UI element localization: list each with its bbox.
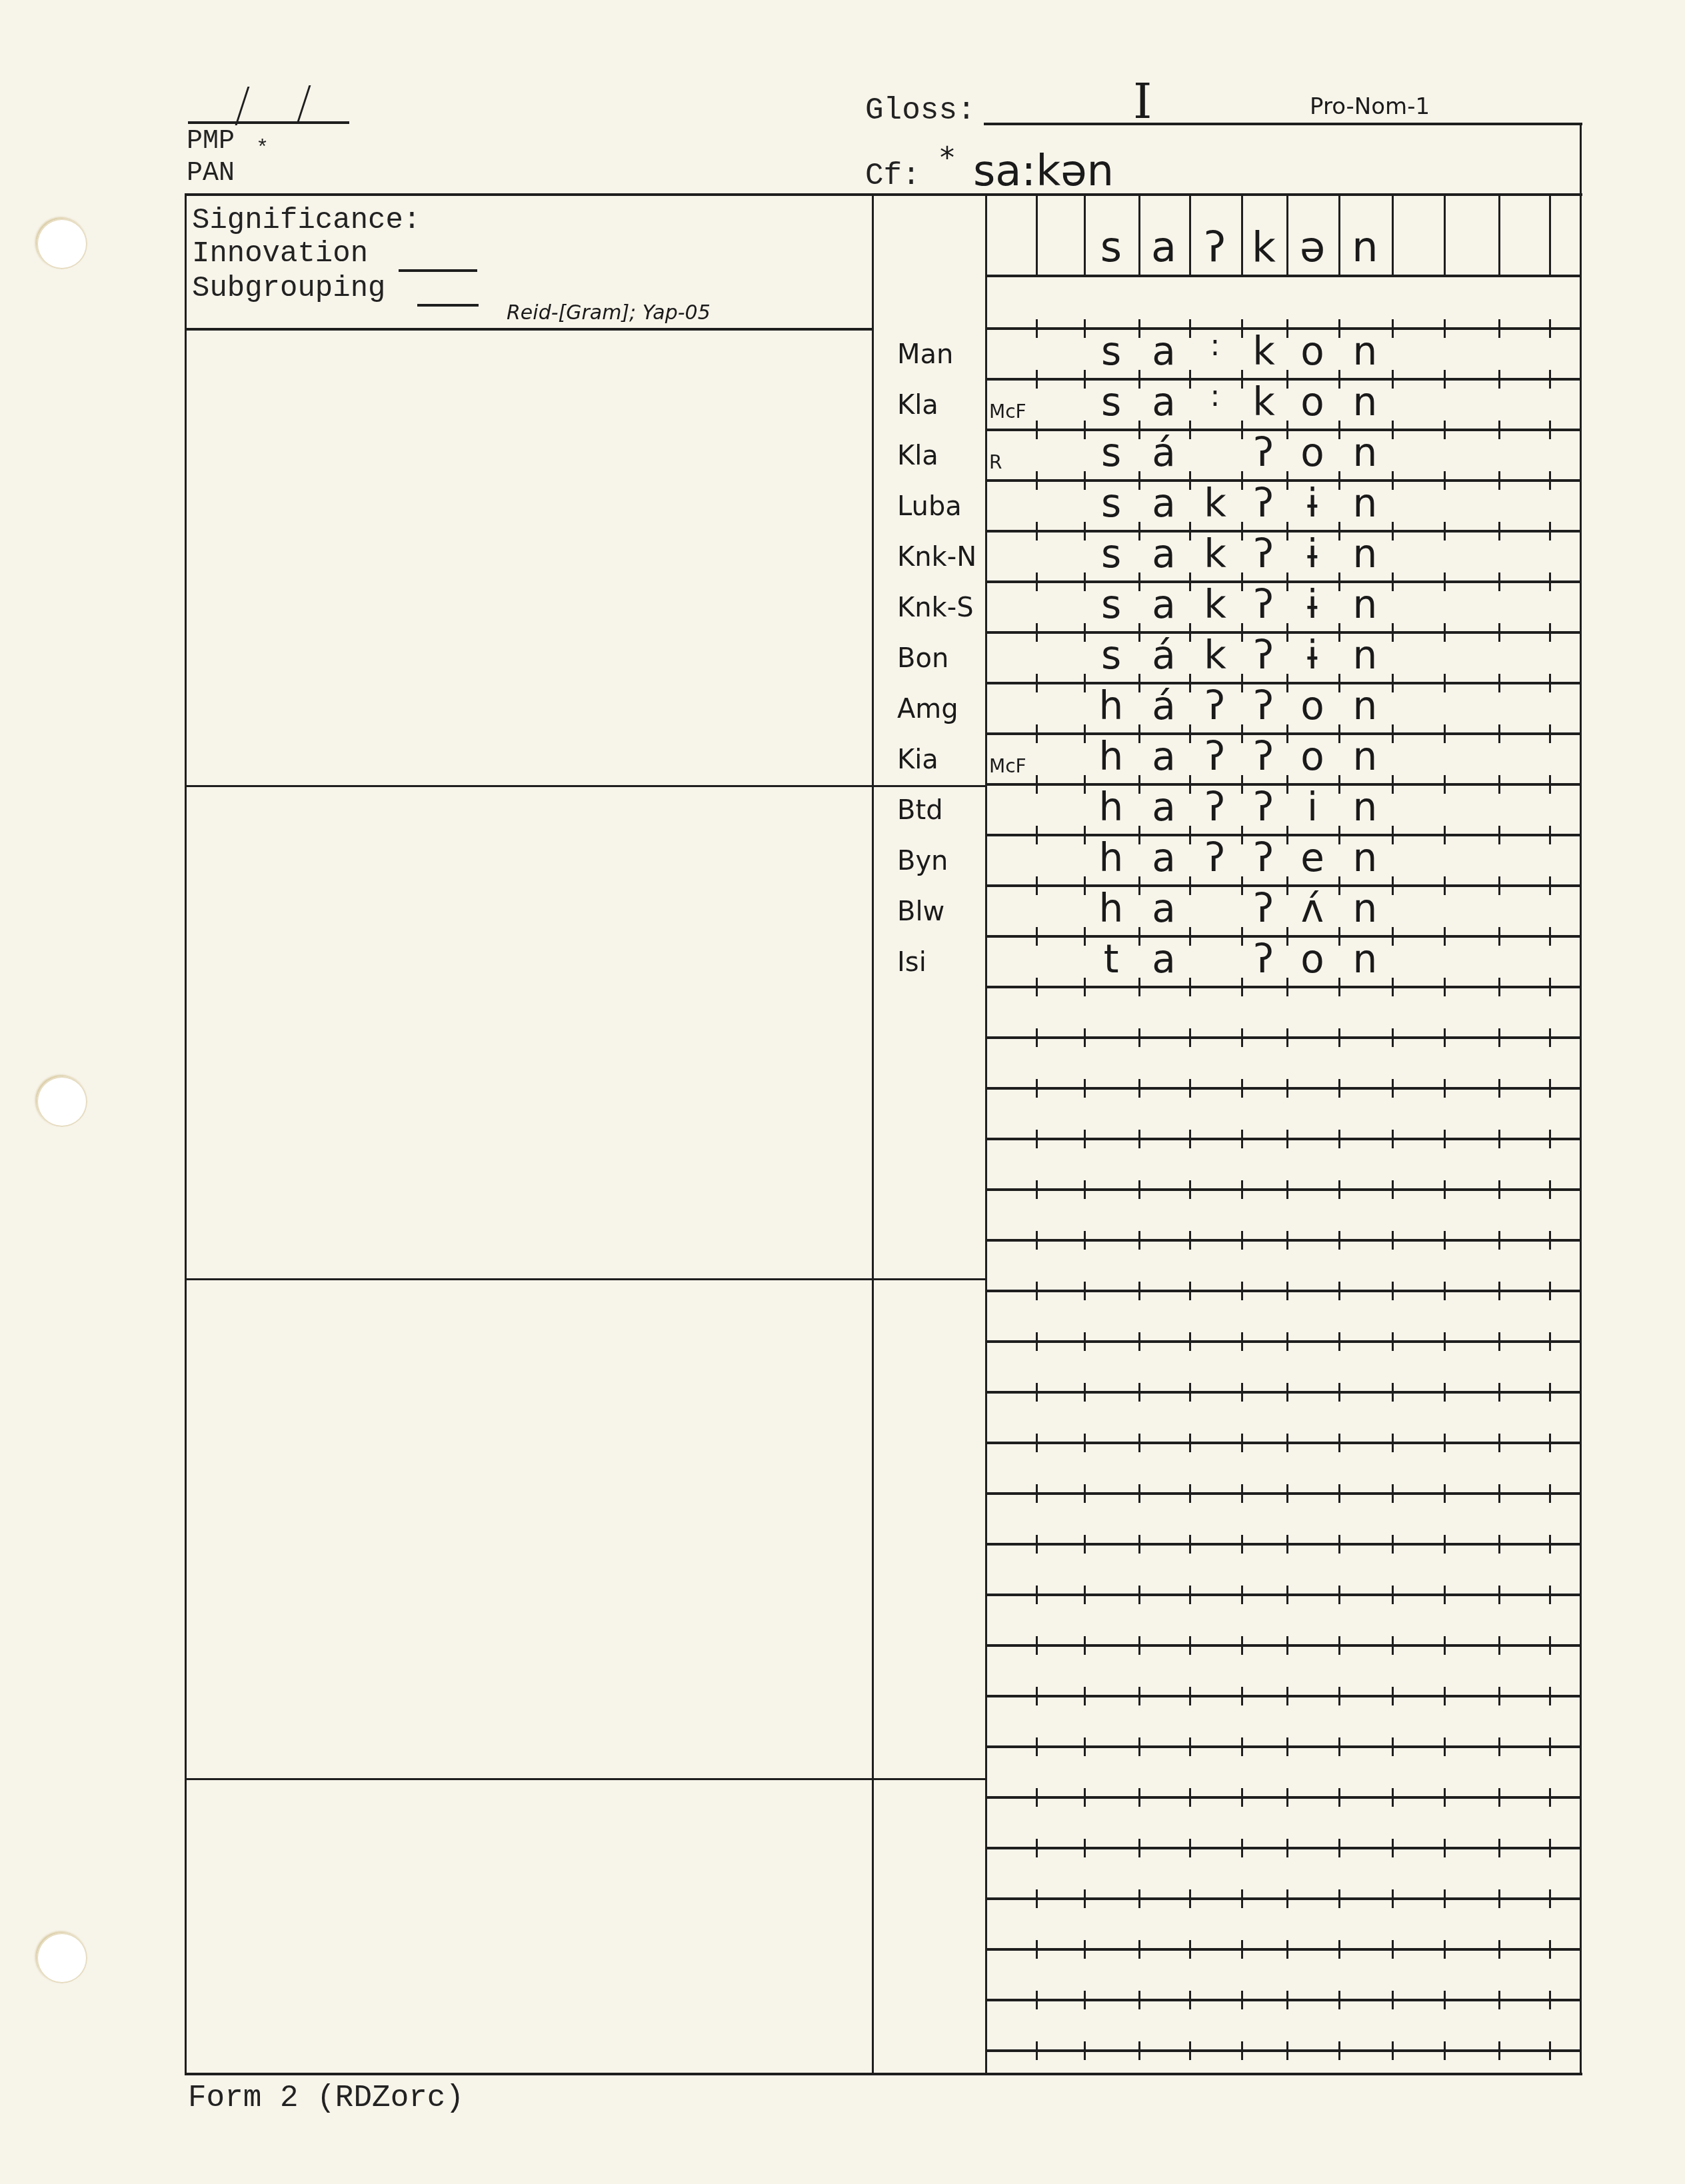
notes-divider-1	[185, 785, 986, 787]
grid-tick	[1189, 2041, 1191, 2060]
pmp-star: *	[256, 136, 269, 161]
grid-tick	[1189, 1586, 1191, 1604]
cognate-row[interactable]: Lubasakʔɨn	[873, 479, 1582, 530]
cognate-row[interactable]: KiaMcFhaʔʔon	[873, 732, 1582, 783]
notes-area-2[interactable]	[188, 788, 870, 1278]
grid-tick	[1286, 1991, 1288, 2009]
grid-tick	[1444, 1383, 1446, 1402]
segment: k	[1189, 582, 1241, 627]
language-label: Blw	[897, 896, 990, 927]
form-label: Form 2 (RDZorc)	[188, 2081, 464, 2115]
segment: á	[1138, 683, 1189, 728]
grid-row-rule	[985, 1594, 1582, 1596]
grid-tick	[1338, 1788, 1340, 1807]
grid-tick	[1036, 1737, 1038, 1756]
grid-tick	[1498, 1130, 1500, 1148]
recon-segment: ʔ	[1189, 223, 1241, 271]
grid-tick	[1138, 1282, 1140, 1300]
punch-hole-bottom	[37, 1933, 87, 1983]
grid-tick	[1189, 1079, 1191, 1098]
grid-tick	[1286, 1282, 1288, 1300]
grid-tick	[1444, 2041, 1446, 2060]
segment: ɨ	[1286, 632, 1338, 678]
grid-row-rule	[985, 1847, 1582, 1849]
segment: n	[1338, 835, 1392, 880]
grid-tick	[1498, 1484, 1500, 1503]
grid-tick	[1286, 1940, 1288, 1959]
grid-tick	[1084, 1028, 1086, 1047]
grid-tick	[1189, 1737, 1191, 1756]
grid-tick	[1036, 1028, 1038, 1047]
significance-title: Significance:	[192, 204, 421, 237]
grid-tick	[1138, 1839, 1140, 1857]
grid-tick	[1444, 1484, 1446, 1503]
grid-tick	[1549, 1839, 1551, 1857]
grid-tick	[1549, 1079, 1551, 1098]
grid-tick	[1036, 1991, 1038, 2009]
grid-tick	[1498, 1687, 1500, 1705]
grid-row-rule	[985, 1999, 1582, 2001]
grid-row-rule	[985, 1695, 1582, 1697]
segment: s	[1084, 531, 1138, 576]
grid-tick	[1241, 1991, 1243, 2009]
grid-tick	[1549, 1282, 1551, 1300]
grid-tick	[1241, 1383, 1243, 1402]
grid-tick	[1392, 1434, 1394, 1452]
notes-area-4[interactable]	[188, 1781, 870, 2072]
grid-tick	[1036, 1940, 1038, 1959]
date-slash-2	[297, 85, 311, 124]
significance-bottom-rule	[185, 328, 873, 331]
language-label: Kia	[897, 744, 990, 775]
reconstruction-grid: saʔkən	[985, 195, 1582, 278]
source-abbrev: R	[989, 451, 1002, 473]
grid-tick	[1338, 1231, 1340, 1250]
grid-tick	[1241, 1484, 1243, 1503]
segment: n	[1338, 329, 1392, 374]
grid-tick	[1138, 1332, 1140, 1351]
reference-note: Reid-[Gram]; Yap-05	[507, 301, 711, 325]
grid-tick	[1189, 1839, 1191, 1857]
segment: i	[1286, 784, 1338, 830]
segment: o	[1286, 379, 1338, 425]
grid-row-rule	[985, 1239, 1582, 1242]
grid-tick	[1189, 1130, 1191, 1148]
grid-tick	[1392, 1079, 1394, 1098]
segment: ʔ	[1241, 784, 1286, 830]
grid-tick	[1189, 1332, 1191, 1351]
grid-tick	[1549, 1737, 1551, 1756]
grid-tick	[1084, 1180, 1086, 1199]
grid-tick	[1286, 1484, 1288, 1503]
grid-tick	[1241, 1535, 1243, 1554]
segment: a	[1138, 936, 1189, 982]
language-label: Knk-N	[897, 542, 990, 572]
grid-tick	[1444, 1028, 1446, 1047]
frame-right-top	[1580, 123, 1582, 197]
segment: ɨ	[1286, 582, 1338, 627]
grid-tick	[1036, 1282, 1038, 1300]
grid-row-rule	[985, 1391, 1582, 1394]
segment: t	[1084, 936, 1138, 982]
grid-tick	[1338, 1737, 1340, 1756]
grid-tick	[1498, 2041, 1500, 2060]
grid-tick	[1084, 1535, 1086, 1554]
grid-tick	[1392, 1028, 1394, 1047]
grid-tick	[1338, 1130, 1340, 1148]
grid-tick	[1138, 1028, 1140, 1047]
grid-tick	[1498, 1788, 1500, 1807]
segment: k	[1241, 329, 1286, 374]
gloss-label: Gloss:	[865, 93, 976, 128]
segment: n	[1338, 936, 1392, 982]
segment: ʌ́	[1286, 886, 1338, 931]
cognate-row[interactable]: Isitaʔon	[873, 935, 1582, 986]
segment: ʔ	[1189, 734, 1241, 779]
grid-tick	[1444, 1636, 1446, 1655]
grid-tick	[1084, 1484, 1086, 1503]
grid-row-rule	[985, 1897, 1582, 1900]
grid-tick	[1549, 1940, 1551, 1959]
segment: ʔ	[1241, 632, 1286, 678]
grid-tick	[1036, 1484, 1038, 1503]
segment: s	[1084, 481, 1138, 526]
grid-tick	[1444, 1737, 1446, 1756]
grid-tick	[1498, 1991, 1500, 2009]
grid-tick	[1036, 1889, 1038, 1908]
grid-tick	[1392, 1383, 1394, 1402]
cognate-row[interactable]: Mansa:kon	[873, 327, 1582, 378]
cf-label: Cf:	[865, 159, 920, 193]
date-slash-1	[235, 87, 250, 125]
cognate-row[interactable]: Bynhaʔʔen	[873, 834, 1582, 884]
grid-tick	[1498, 1940, 1500, 1959]
grid-tick	[1138, 1383, 1140, 1402]
language-label: Byn	[897, 846, 990, 876]
grid-tick	[1338, 1434, 1340, 1452]
source-abbrev: McF	[989, 755, 1026, 777]
grid-tick	[1444, 1434, 1446, 1452]
grid-tick	[1138, 1180, 1140, 1199]
grid-tick	[1138, 1687, 1140, 1705]
grid-tick	[1392, 1180, 1394, 1199]
grid-tick	[1138, 1940, 1140, 1959]
grid-tick	[1084, 1687, 1086, 1705]
segment: n	[1338, 886, 1392, 931]
grid-tick	[1189, 1180, 1191, 1199]
recon-segment: n	[1338, 223, 1392, 271]
grid-tick	[1549, 1332, 1551, 1351]
segment: ʔ	[1189, 784, 1241, 830]
grid-tick	[1084, 1940, 1086, 1959]
grid-tick	[1084, 1788, 1086, 1807]
grid-row-rule	[985, 1290, 1582, 1292]
grid-tick	[1084, 1079, 1086, 1098]
grid-tick	[1338, 1332, 1340, 1351]
segment: h	[1084, 683, 1138, 728]
grid-tick	[1549, 1687, 1551, 1705]
grid-tick	[1084, 1839, 1086, 1857]
segment: ʔ	[1241, 430, 1286, 475]
grid-tick	[1338, 1180, 1340, 1199]
grid-row-rule	[985, 1492, 1582, 1495]
grid-tick	[1241, 1332, 1243, 1351]
grid-tick	[1189, 1383, 1191, 1402]
grid-tick	[1286, 1231, 1288, 1250]
segment: ʔ	[1241, 886, 1286, 931]
grid-tick	[1138, 1535, 1140, 1554]
grid-tick	[1444, 1889, 1446, 1908]
segment: ʔ	[1241, 531, 1286, 576]
segment: n	[1338, 582, 1392, 627]
cognate-row[interactable]: Knk-Ssakʔɨn	[873, 580, 1582, 631]
subgrouping-blank[interactable]	[417, 304, 479, 307]
cognate-row[interactable]: Bonsákʔɨn	[873, 631, 1582, 682]
segment: h	[1084, 835, 1138, 880]
segment: k	[1241, 379, 1286, 425]
language-label: Man	[897, 339, 990, 370]
grid-tick	[1338, 1484, 1340, 1503]
grid-tick	[1549, 1231, 1551, 1250]
segment: ʔ	[1241, 582, 1286, 627]
recon-cell-divider	[1392, 195, 1394, 276]
grid-tick	[1138, 1586, 1140, 1604]
grid-tick	[1084, 1231, 1086, 1250]
grid-tick	[1084, 1282, 1086, 1300]
punch-hole-middle	[37, 1076, 87, 1127]
grid-tick	[1286, 1737, 1288, 1756]
grid-tick	[1549, 1788, 1551, 1807]
pan-label: PAN	[187, 159, 235, 189]
grid-tick	[1498, 1889, 1500, 1908]
grid-tick	[1241, 1586, 1243, 1604]
recon-segment: s	[1084, 223, 1138, 271]
segment: n	[1338, 734, 1392, 779]
date-underline	[188, 121, 349, 124]
grid-tick	[1138, 1889, 1140, 1908]
grid-tick	[1084, 1737, 1086, 1756]
grid-tick	[1286, 1636, 1288, 1655]
cognate-row[interactable]: Knk-Nsakʔɨn	[873, 530, 1582, 580]
grid-tick	[1036, 1586, 1038, 1604]
segment: ʔ	[1241, 481, 1286, 526]
grid-tick	[1036, 1079, 1038, 1098]
notes-divider-2	[185, 1278, 986, 1280]
language-label: Luba	[897, 491, 990, 522]
segment: ɨ	[1286, 531, 1338, 576]
recon-cell-divider	[1549, 195, 1551, 276]
segment: n	[1338, 531, 1392, 576]
grid-tick	[1549, 2041, 1551, 2060]
segment: a	[1138, 835, 1189, 880]
segment: h	[1084, 886, 1138, 931]
grid-tick	[1286, 1839, 1288, 1857]
grid-tick	[1138, 1636, 1140, 1655]
grid-tick	[1189, 1282, 1191, 1300]
grid-tick	[1498, 1383, 1500, 1402]
grid-tick	[1444, 1231, 1446, 1250]
grid-tick	[1241, 1282, 1243, 1300]
grid-tick	[1138, 1788, 1140, 1807]
notes-area-3[interactable]	[188, 1281, 870, 1777]
grid-tick	[1189, 1484, 1191, 1503]
grid-tick	[1138, 1130, 1140, 1148]
grid-tick	[1549, 1586, 1551, 1604]
recon-segment: ə	[1286, 223, 1338, 271]
segment: ʔ	[1189, 835, 1241, 880]
pmp-label: PMP	[187, 127, 235, 157]
grid-tick	[1549, 1130, 1551, 1148]
grid-tick	[1392, 1839, 1394, 1857]
grid-tick	[1036, 1839, 1038, 1857]
grid-tick	[1392, 1889, 1394, 1908]
grid-tick	[1392, 1687, 1394, 1705]
grid-tick	[1286, 1180, 1288, 1199]
grid-tick	[1286, 1889, 1288, 1908]
segment: á	[1138, 430, 1189, 475]
grid-tick	[1498, 1028, 1500, 1047]
cognate-row[interactable]: Amgháʔʔon	[873, 682, 1582, 732]
grid-tick	[1286, 1687, 1288, 1705]
grid-tick	[1549, 1889, 1551, 1908]
grid-tick	[1498, 1079, 1500, 1098]
grid-tick	[1189, 1231, 1191, 1250]
grid-tick	[1241, 1180, 1243, 1199]
grid-tick	[1036, 1535, 1038, 1554]
segment: n	[1338, 683, 1392, 728]
grid-tick	[1444, 1535, 1446, 1554]
grid-tick	[1392, 1737, 1394, 1756]
grid-tick	[1138, 1737, 1140, 1756]
grid-tick	[1036, 1130, 1038, 1148]
grid-tick	[1392, 1636, 1394, 1655]
grid-tick	[1084, 1332, 1086, 1351]
recon-segment: k	[1241, 223, 1286, 271]
notes-area-1[interactable]	[188, 331, 870, 784]
frame-left	[185, 193, 187, 2075]
grid-tick	[1338, 1636, 1340, 1655]
grid-tick	[1036, 1332, 1038, 1351]
grid-tick	[1392, 1940, 1394, 1959]
language-label: Amg	[897, 694, 990, 724]
segment: a	[1138, 379, 1189, 425]
grid-tick	[1338, 1991, 1340, 2009]
cognate-row[interactable]: Btdhaʔʔin	[873, 783, 1582, 834]
grid-row-rule	[985, 1087, 1582, 1090]
language-label: Kla	[897, 441, 990, 471]
source-abbrev: McF	[989, 401, 1026, 423]
grid-tick	[1444, 1991, 1446, 2009]
segment: s	[1084, 379, 1138, 425]
grid-tick	[1338, 1839, 1340, 1857]
grid-row-rule	[985, 1442, 1582, 1444]
grid-tick	[1392, 1231, 1394, 1250]
grid-tick	[1241, 1839, 1243, 1857]
grid-tick	[1084, 1636, 1086, 1655]
language-label: Kla	[897, 390, 990, 421]
segment: ʔ	[1241, 936, 1286, 982]
cognate-row[interactable]: KlaMcFsa:kon	[873, 378, 1582, 429]
grid-tick	[1392, 1535, 1394, 1554]
segment: n	[1338, 379, 1392, 425]
segment: k	[1189, 481, 1241, 526]
segment: á	[1138, 632, 1189, 678]
grid-tick	[1286, 1028, 1288, 1047]
grid-tick	[1498, 1180, 1500, 1199]
segment: a	[1138, 734, 1189, 779]
grid-tick	[1338, 1028, 1340, 1047]
segment: o	[1286, 683, 1338, 728]
grid-tick	[1338, 1940, 1340, 1959]
grid-tick	[1444, 1079, 1446, 1098]
segment: s	[1084, 329, 1138, 374]
grid-tick	[1286, 1332, 1288, 1351]
grid-tick	[1084, 1889, 1086, 1908]
cognate-row[interactable]: Blwhaʔʌ́n	[873, 884, 1582, 935]
date-field	[188, 80, 349, 127]
gloss-category: Pro-Nom-1	[1310, 93, 1430, 120]
grid-tick	[1549, 1434, 1551, 1452]
grid-tick	[1392, 1130, 1394, 1148]
grid-tick	[1189, 1535, 1191, 1554]
cf-value: sa:kən	[973, 147, 1114, 196]
recon-cell-divider	[1036, 195, 1038, 276]
grid-tick	[1189, 1889, 1191, 1908]
grid-tick	[1498, 1586, 1500, 1604]
grid-row-rule	[985, 986, 1582, 988]
language-label: Isi	[897, 947, 990, 978]
grid-tick	[1338, 1535, 1340, 1554]
grid-tick	[1444, 1839, 1446, 1857]
grid-tick	[1444, 1130, 1446, 1148]
segment: k	[1189, 531, 1241, 576]
segment: k	[1189, 632, 1241, 678]
segment: h	[1084, 734, 1138, 779]
grid-tick	[1549, 1636, 1551, 1655]
grid-tick	[1241, 1889, 1243, 1908]
grid-tick	[1241, 1737, 1243, 1756]
grid-tick	[1338, 2041, 1340, 2060]
grid-row-rule	[985, 1543, 1582, 1546]
grid-tick	[1189, 1687, 1191, 1705]
grid-tick	[1338, 1383, 1340, 1402]
grid-tick	[1286, 1586, 1288, 1604]
grid-tick	[1549, 1180, 1551, 1199]
grid-tick	[1392, 1788, 1394, 1807]
grid-tick	[1138, 1484, 1140, 1503]
cognate-row[interactable]: KlaRsáʔon	[873, 429, 1582, 479]
grid-tick	[1138, 1231, 1140, 1250]
segment: ʔ	[1241, 835, 1286, 880]
grid-row-rule	[985, 1138, 1582, 1140]
innovation-blank[interactable]	[399, 269, 477, 272]
language-label: Btd	[897, 795, 990, 826]
grid-tick	[1286, 1079, 1288, 1098]
grid-row-rule	[985, 1796, 1582, 1799]
grid-tick	[1084, 1434, 1086, 1452]
grid-row-rule	[985, 1340, 1582, 1343]
segment: a	[1138, 481, 1189, 526]
grid-tick	[1138, 2041, 1140, 2060]
grid-tick	[1286, 2041, 1288, 2060]
grid-row-rule	[985, 1745, 1582, 1748]
grid-tick	[1138, 1991, 1140, 2009]
grid-tick	[1498, 1332, 1500, 1351]
segment: n	[1338, 632, 1392, 678]
segment: a	[1138, 886, 1189, 931]
segment: n	[1338, 481, 1392, 526]
grid-tick	[1498, 1231, 1500, 1250]
